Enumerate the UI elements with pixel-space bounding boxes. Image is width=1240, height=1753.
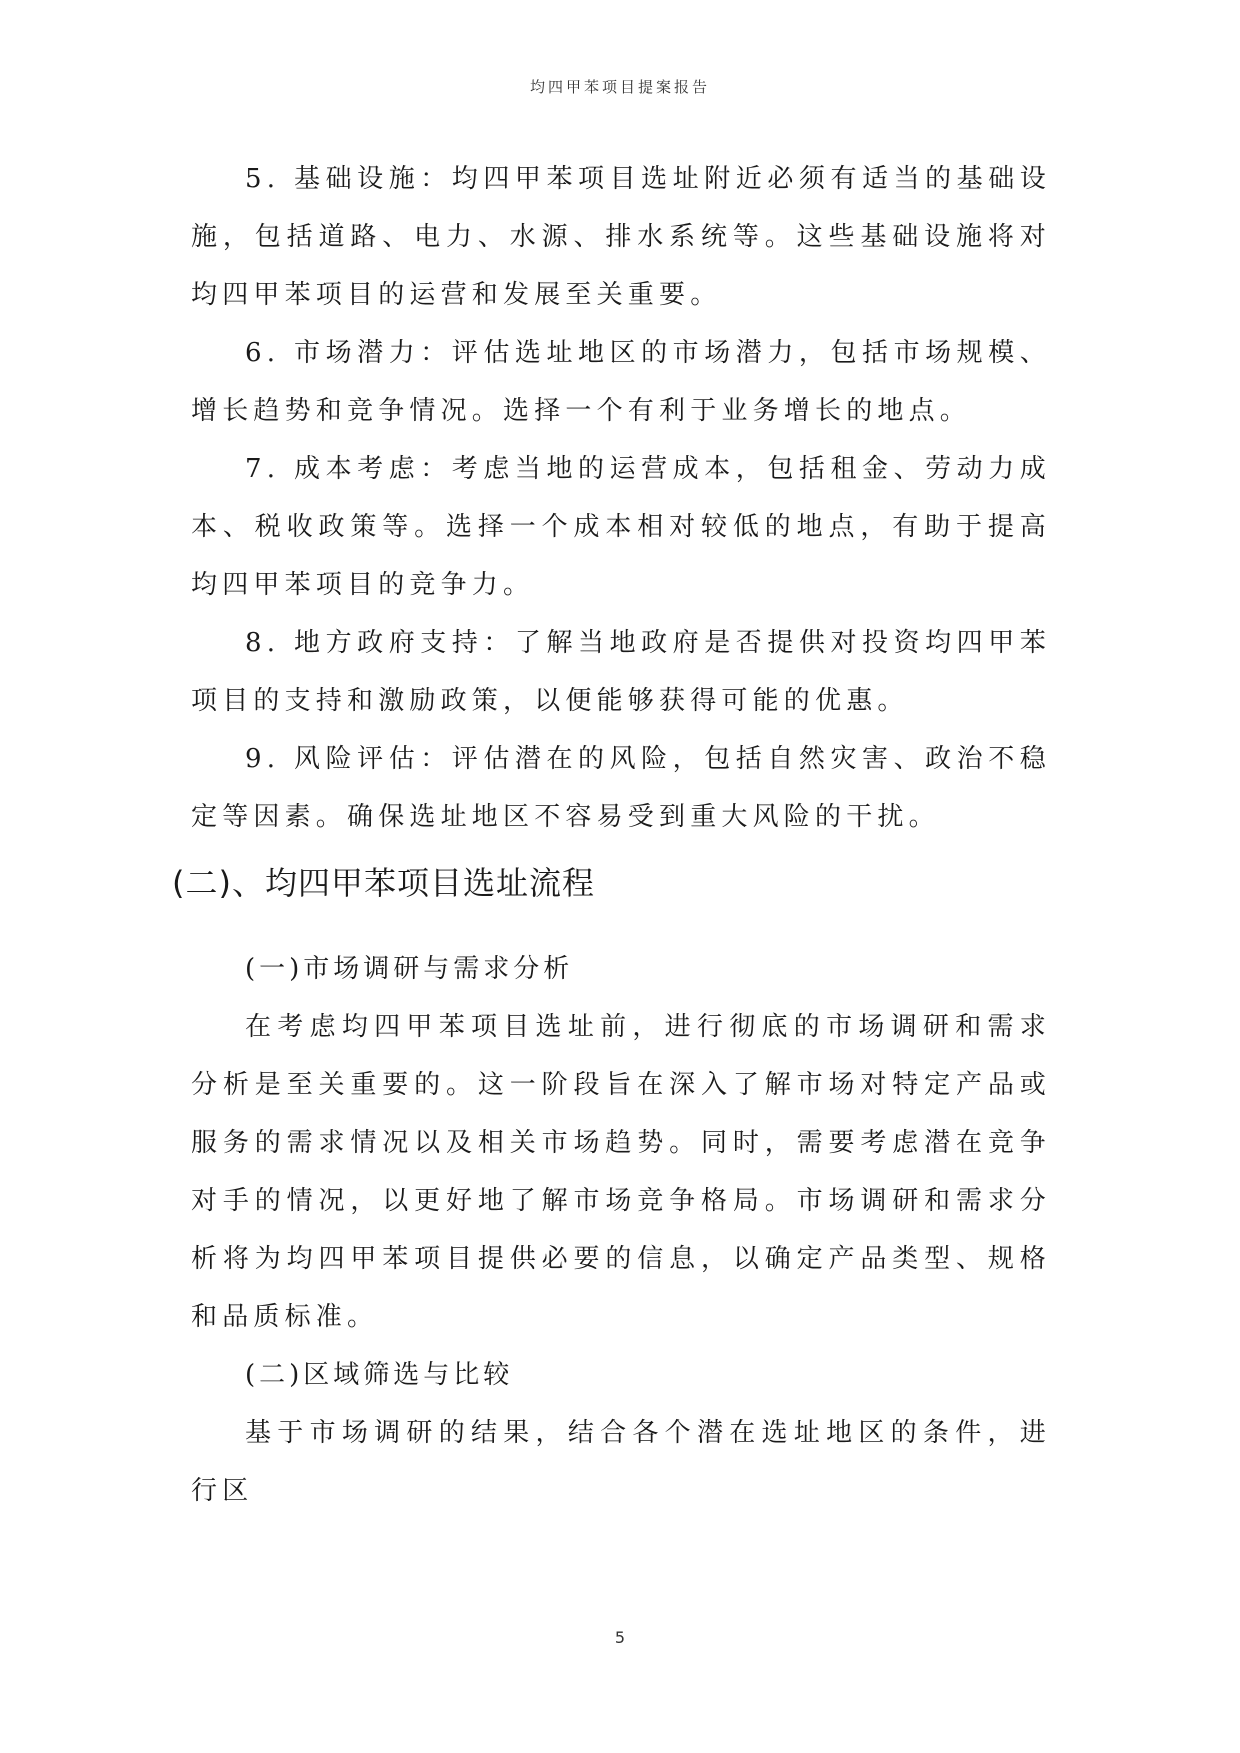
subsection-title-1: (一)市场调研与需求分析 xyxy=(191,940,1051,998)
list-item-8: 8. 地方政府支持：了解当地政府是否提供对投资均四甲苯项目的支持和激励政策，以便… xyxy=(191,614,1051,730)
list-item-7: 7. 成本考虑：考虑当地的运营成本，包括租金、劳动力成本、税收政策等。选择一个成… xyxy=(191,440,1051,614)
subsection-block: (一)市场调研与需求分析 在考虑均四甲苯项目选址前，进行彻底的市场调研和需求分析… xyxy=(191,940,1051,1520)
list-item-9: 9. 风险评估：评估潜在的风险，包括自然灾害、政治不稳定等因素。确保选址地区不容… xyxy=(191,730,1051,846)
subsection-body-1: 在考虑均四甲苯项目选址前，进行彻底的市场调研和需求分析是至关重要的。这一阶段旨在… xyxy=(191,998,1051,1346)
subsection-title-2: (二)区域筛选与比较 xyxy=(191,1346,1051,1404)
subsection-body-2: 基于市场调研的结果，结合各个潜在选址地区的条件，进行区 xyxy=(191,1404,1051,1520)
list-section: 5. 基础设施：均四甲苯项目选址附近必须有适当的基础设施，包括道路、电力、水源、… xyxy=(191,150,1051,846)
running-header: 均四甲苯项目提案报告 xyxy=(0,76,1240,97)
list-item-5: 5. 基础设施：均四甲苯项目选址附近必须有适当的基础设施，包括道路、电力、水源、… xyxy=(191,150,1051,324)
section-heading: (二)、均四甲苯项目选址流程 xyxy=(172,858,595,904)
page-number: 5 xyxy=(0,1628,1240,1647)
list-item-6: 6. 市场潜力：评估选址地区的市场潜力，包括市场规模、增长趋势和竞争情况。选择一… xyxy=(191,324,1051,440)
